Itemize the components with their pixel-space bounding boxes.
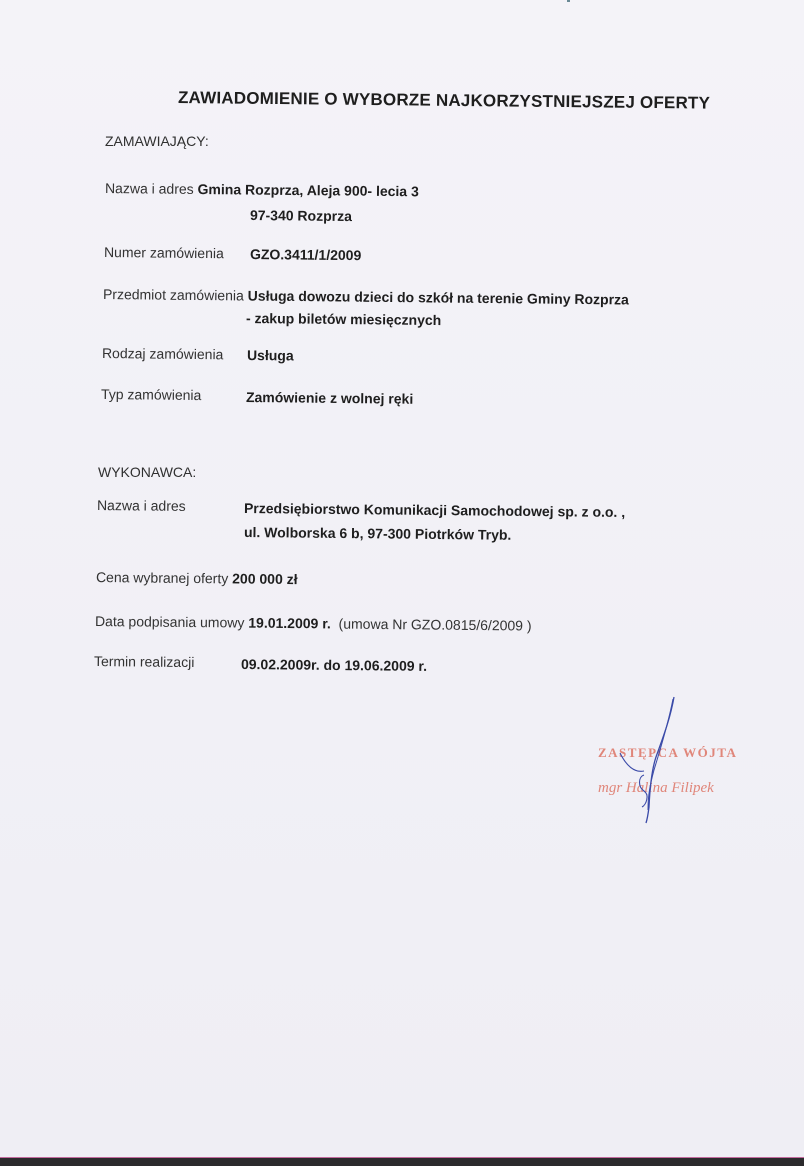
wykonawca-name-address-label: Nazwa i adres bbox=[97, 497, 186, 514]
kind-label: Rodzaj zamówienia bbox=[102, 345, 224, 362]
wykonawca-name-address-line2: ul. Wolborska 6 b, 97-300 Piotrków Tryb. bbox=[244, 524, 512, 543]
signing-date-row: Data podpisania umowy 19.01.2009 r. (umo… bbox=[95, 613, 532, 634]
type-label: Typ zamówienia bbox=[101, 386, 202, 403]
term-label: Termin realizacji bbox=[94, 653, 195, 670]
zamawiajacy-name-address-line2: 97-340 Rozprza bbox=[250, 207, 352, 224]
zamawiajacy-name-address: Nazwa i adres Gmina Rozprza, Aleja 900- … bbox=[105, 180, 419, 199]
wykonawca-heading: WYKONAWCA: bbox=[98, 464, 196, 480]
signature-mark bbox=[600, 695, 700, 825]
order-number: GZO.3411/1/2009 bbox=[250, 246, 361, 263]
subject-label: Przedmiot zamówienia bbox=[103, 286, 244, 303]
term-value: 09.02.2009r. do 19.06.2009 r. bbox=[241, 656, 427, 674]
subject-line1: Usługa dowozu dzieci do szkół na terenie… bbox=[248, 288, 629, 308]
scanned-page: ZAWIADOMIENIE O WYBORZE NAJKORZYSTNIEJSZ… bbox=[0, 0, 804, 1157]
price-label: Cena wybranej oferty bbox=[96, 569, 228, 586]
zamawiajacy-name-address-label: Nazwa i adres bbox=[105, 180, 194, 197]
price-row: Cena wybranej oferty 200 000 zł bbox=[96, 569, 298, 587]
wykonawca-name-address-line1: Przedsiębiorstwo Komunikacji Samochodowe… bbox=[244, 500, 625, 520]
zamawiajacy-heading: ZAMAWIAJĄCY: bbox=[105, 133, 209, 149]
signing-date-label: Data podpisania umowy bbox=[95, 613, 245, 631]
type-value: Zamówienie z wolnej ręki bbox=[246, 389, 413, 407]
document-title: ZAWIADOMIENIE O WYBORZE NAJKORZYSTNIEJSZ… bbox=[178, 88, 710, 114]
subject: Przedmiot zamówienia Usługa dowozu dziec… bbox=[103, 286, 629, 308]
signing-date-value: 19.01.2009 r. bbox=[248, 615, 331, 632]
contract-note: (umowa Nr GZO.0815/6/2009 ) bbox=[339, 616, 532, 634]
price-value: 200 000 zł bbox=[232, 570, 298, 587]
kind-value: Usługa bbox=[247, 347, 294, 363]
subject-line2: - zakup biletów miesięcznych bbox=[246, 310, 441, 328]
order-number-label: Numer zamówienia bbox=[104, 244, 224, 261]
zamawiajacy-name-address-line1: Gmina Rozprza, Aleja 900- lecia 3 bbox=[198, 181, 419, 199]
scan-bottom-edge bbox=[0, 1157, 804, 1166]
scan-speck bbox=[567, 0, 570, 2]
